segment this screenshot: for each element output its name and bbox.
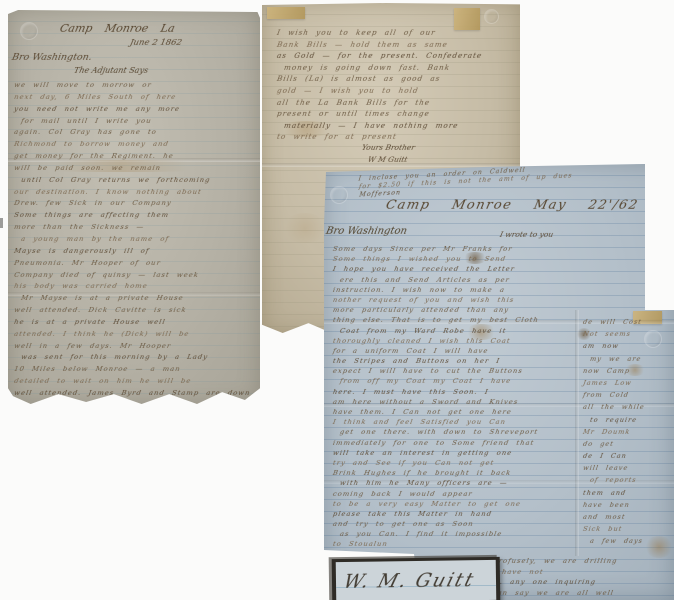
scan-edge-artifact	[0, 218, 3, 228]
handwriting-line: Bills (La) is almost as good as	[276, 73, 483, 85]
stain	[644, 536, 674, 558]
handwriting-line: as Gold — for the present. Confederate	[276, 50, 483, 62]
handwriting-line: instruction. I wish now to make a	[332, 285, 540, 295]
handwriting-line: from off my Coat my Coat I have	[332, 376, 540, 386]
opening-words: The Adjutant Says	[73, 66, 149, 75]
embossed-seal	[330, 186, 348, 204]
right-column-fragments: de will CostNot seemsam nowmy we arenow …	[582, 316, 644, 548]
handwriting-line: more particularly attended than any	[332, 305, 540, 315]
handwriting-line: his body was carried home	[13, 281, 301, 293]
handwriting-line: Richmond to borrow money and	[13, 139, 301, 151]
handwriting-line: materially — I have nothing more	[276, 120, 483, 132]
salutation: Bro Washington	[325, 226, 408, 237]
handwriting-line: until Col Gray returns we forthcoming	[13, 175, 301, 187]
fold-crease	[575, 310, 579, 556]
handwriting-line: well in a few days. Mr Hooper	[13, 341, 301, 353]
handwritten-body: Some days Since per Mr Franks forSome th…	[332, 244, 538, 550]
handwritten-body: we will move to morrow ornext day, 6 Mil…	[13, 80, 299, 400]
handwriting-line: Sick but	[582, 523, 646, 535]
handwriting-line: and most	[582, 511, 646, 523]
handwriting-line: nother request of you and wish this	[332, 295, 540, 305]
handwriting-line: de I Can	[582, 450, 646, 462]
embossed-seal	[484, 9, 499, 24]
handwriting-line: get one there. with down to Shreveport	[332, 427, 540, 437]
handwriting-line: try and See if you Can not get	[332, 458, 540, 468]
handwriting-line: of reports	[582, 474, 646, 486]
handwritten-body: I wish you to keep all of ourBank Bills …	[276, 27, 481, 143]
letter-date: June 2 1862	[129, 38, 183, 48]
handwriting-line: get money for the Regiment. he	[13, 151, 301, 163]
handwriting-line: money is going down fast. Bank	[276, 62, 483, 74]
handwriting-line: all the La Bank Bills for the	[276, 97, 483, 109]
handwriting-line: gold — I wish you to hold	[276, 85, 483, 97]
signature-text: W. M. Guitt	[333, 569, 478, 593]
handwriting-line: for a uniform Coat I will have	[332, 346, 540, 356]
handwriting-line: have been	[582, 499, 646, 511]
handwriting-line: thoroughly cleaned I wish this Coat	[332, 336, 540, 346]
handwriting-line: attended. I think he (Dick) will be	[13, 329, 301, 341]
handwriting-line: again. Col Gray has gone to	[13, 127, 301, 139]
handwriting-line: expect I will have to cut the Buttons	[332, 366, 540, 376]
handwriting-line: present or until times change	[276, 108, 483, 120]
tape-piece	[267, 7, 305, 19]
handwriting-line: will leave	[582, 462, 646, 474]
handwriting-line: to Stoualun	[332, 539, 540, 549]
handwriting-line: Company died of quinsy — last week	[13, 270, 301, 282]
letter-may22: I inclose you an order on Caldwellfor $2…	[324, 164, 674, 600]
handwriting-line: 10 Miles below Monroe — a man	[13, 364, 301, 376]
handwriting-line: all the while	[582, 401, 646, 413]
handwriting-line: Coat from my Ward Robe have it	[332, 326, 540, 336]
handwriting-line: next day, 6 Miles South of here	[13, 92, 301, 104]
handwriting-line: am here without a Sword and Knives	[332, 397, 540, 407]
handwriting-line: I wish you to keep all of our	[276, 27, 483, 39]
handwriting-line: Bank Bills — hold them as same	[276, 39, 483, 51]
handwriting-line: them and	[582, 487, 646, 499]
handwriting-line: was sent for this morning by a Lady	[13, 352, 301, 364]
handwriting-line: thing else. That is to get my best Cloth	[332, 315, 540, 325]
handwriting-line: a young man by the name of	[13, 234, 301, 246]
embossed-seal	[644, 330, 662, 348]
handwriting-line: now Camp	[582, 365, 646, 377]
handwriting-line: to require	[582, 414, 646, 426]
handwriting-line: more than the Sickness —	[13, 222, 301, 234]
handwriting-line: detailed to wait on him he will be	[13, 376, 301, 388]
handwriting-line: well attended. Dick Cavitte is sick	[13, 305, 301, 317]
handwriting-line: to be a very easy Matter to get one	[332, 499, 540, 509]
handwriting-line: Mr Mayse is at a private House	[13, 293, 301, 305]
handwriting-line: Mayse is dangerously ill of	[13, 246, 301, 258]
handwriting-line: James Low	[582, 377, 646, 389]
letter-place-heading: Camp Monroe May 22'/62	[384, 198, 640, 213]
handwriting-line: coming back I would appear	[332, 489, 540, 499]
letter-place-heading: Camp Monroe La	[59, 22, 176, 35]
handwriting-line: a few days	[582, 535, 646, 547]
handwriting-line: here. I must have this Soon. I	[332, 387, 540, 397]
handwriting-line: to write for at present	[276, 131, 483, 143]
framed-signature-clipping: W. M. Guitt	[332, 557, 501, 600]
handwriting-line: as you Can. I find it impossible	[332, 529, 540, 539]
embossed-seal	[20, 22, 38, 40]
handwriting-line: Brink Hughes if he brought it back	[332, 468, 540, 478]
signature-paper: W. M. Guitt	[336, 560, 497, 600]
handwriting-line: from Cold	[582, 389, 646, 401]
handwriting-line: Not seems	[582, 328, 646, 340]
handwriting-line: I hope you have received the Letter	[332, 264, 540, 274]
handwriting-line: will be paid soon. we remain	[13, 163, 301, 175]
handwriting-line: Some things are affecting them	[13, 210, 301, 222]
handwriting-line: will take an interest in getting one	[332, 448, 540, 458]
salutation: Bro Washington.	[11, 52, 93, 63]
closing-signature: W M Guitt	[367, 155, 408, 164]
handwriting-line: de will Cost	[582, 316, 646, 328]
handwriting-line: ere this and Send Articles as per	[332, 275, 540, 285]
closing-line: Yours Brother	[361, 143, 416, 152]
handwriting-line: Some things I wished you to Send	[332, 254, 540, 264]
handwriting-line: you need not write me any more	[13, 104, 301, 116]
handwriting-line: have them. I Can not get one here	[332, 407, 540, 417]
handwriting-line: the Stripes and Buttons on her I	[332, 356, 540, 366]
handwriting-line: well attended. James Byrd and Stamp are …	[13, 388, 301, 400]
handwriting-line: I think and feel Satisfied you Can	[332, 417, 540, 427]
handwriting-line: do get	[582, 438, 646, 450]
handwriting-line: Drew. few Sick in our Company	[13, 198, 301, 210]
letter-june2-page1: Camp Monroe La June 2 1862 Bro Washingto…	[8, 10, 260, 404]
handwriting-line: he is at a private House well	[13, 317, 301, 329]
photo-of-civil-war-letters: Camp Monroe La June 2 1862 Bro Washingto…	[0, 0, 674, 600]
handwriting-line: am now	[582, 340, 646, 352]
handwriting-line: with him he Many officers are —	[332, 478, 540, 488]
handwriting-line: we will move to morrow or	[13, 80, 301, 92]
opening-words: I wrote to you	[499, 230, 554, 239]
stain	[282, 213, 328, 243]
handwriting-line: Mr Doumk	[582, 426, 646, 438]
handwriting-line: our destination. I know nothing about	[13, 187, 301, 199]
handwriting-line: please take this Matter in hand	[332, 509, 540, 519]
handwriting-line: immediately for one to Some friend that	[332, 438, 540, 448]
handwriting-line: for mail until I write you	[13, 116, 301, 128]
handwriting-line: Pneumonia. Mr Hooper of our	[13, 258, 301, 270]
handwriting-line: and try to get one as Soon	[332, 519, 540, 529]
handwriting-line: my we are	[582, 353, 646, 365]
handwriting-line: Some days Since per Mr Franks for	[332, 244, 540, 254]
